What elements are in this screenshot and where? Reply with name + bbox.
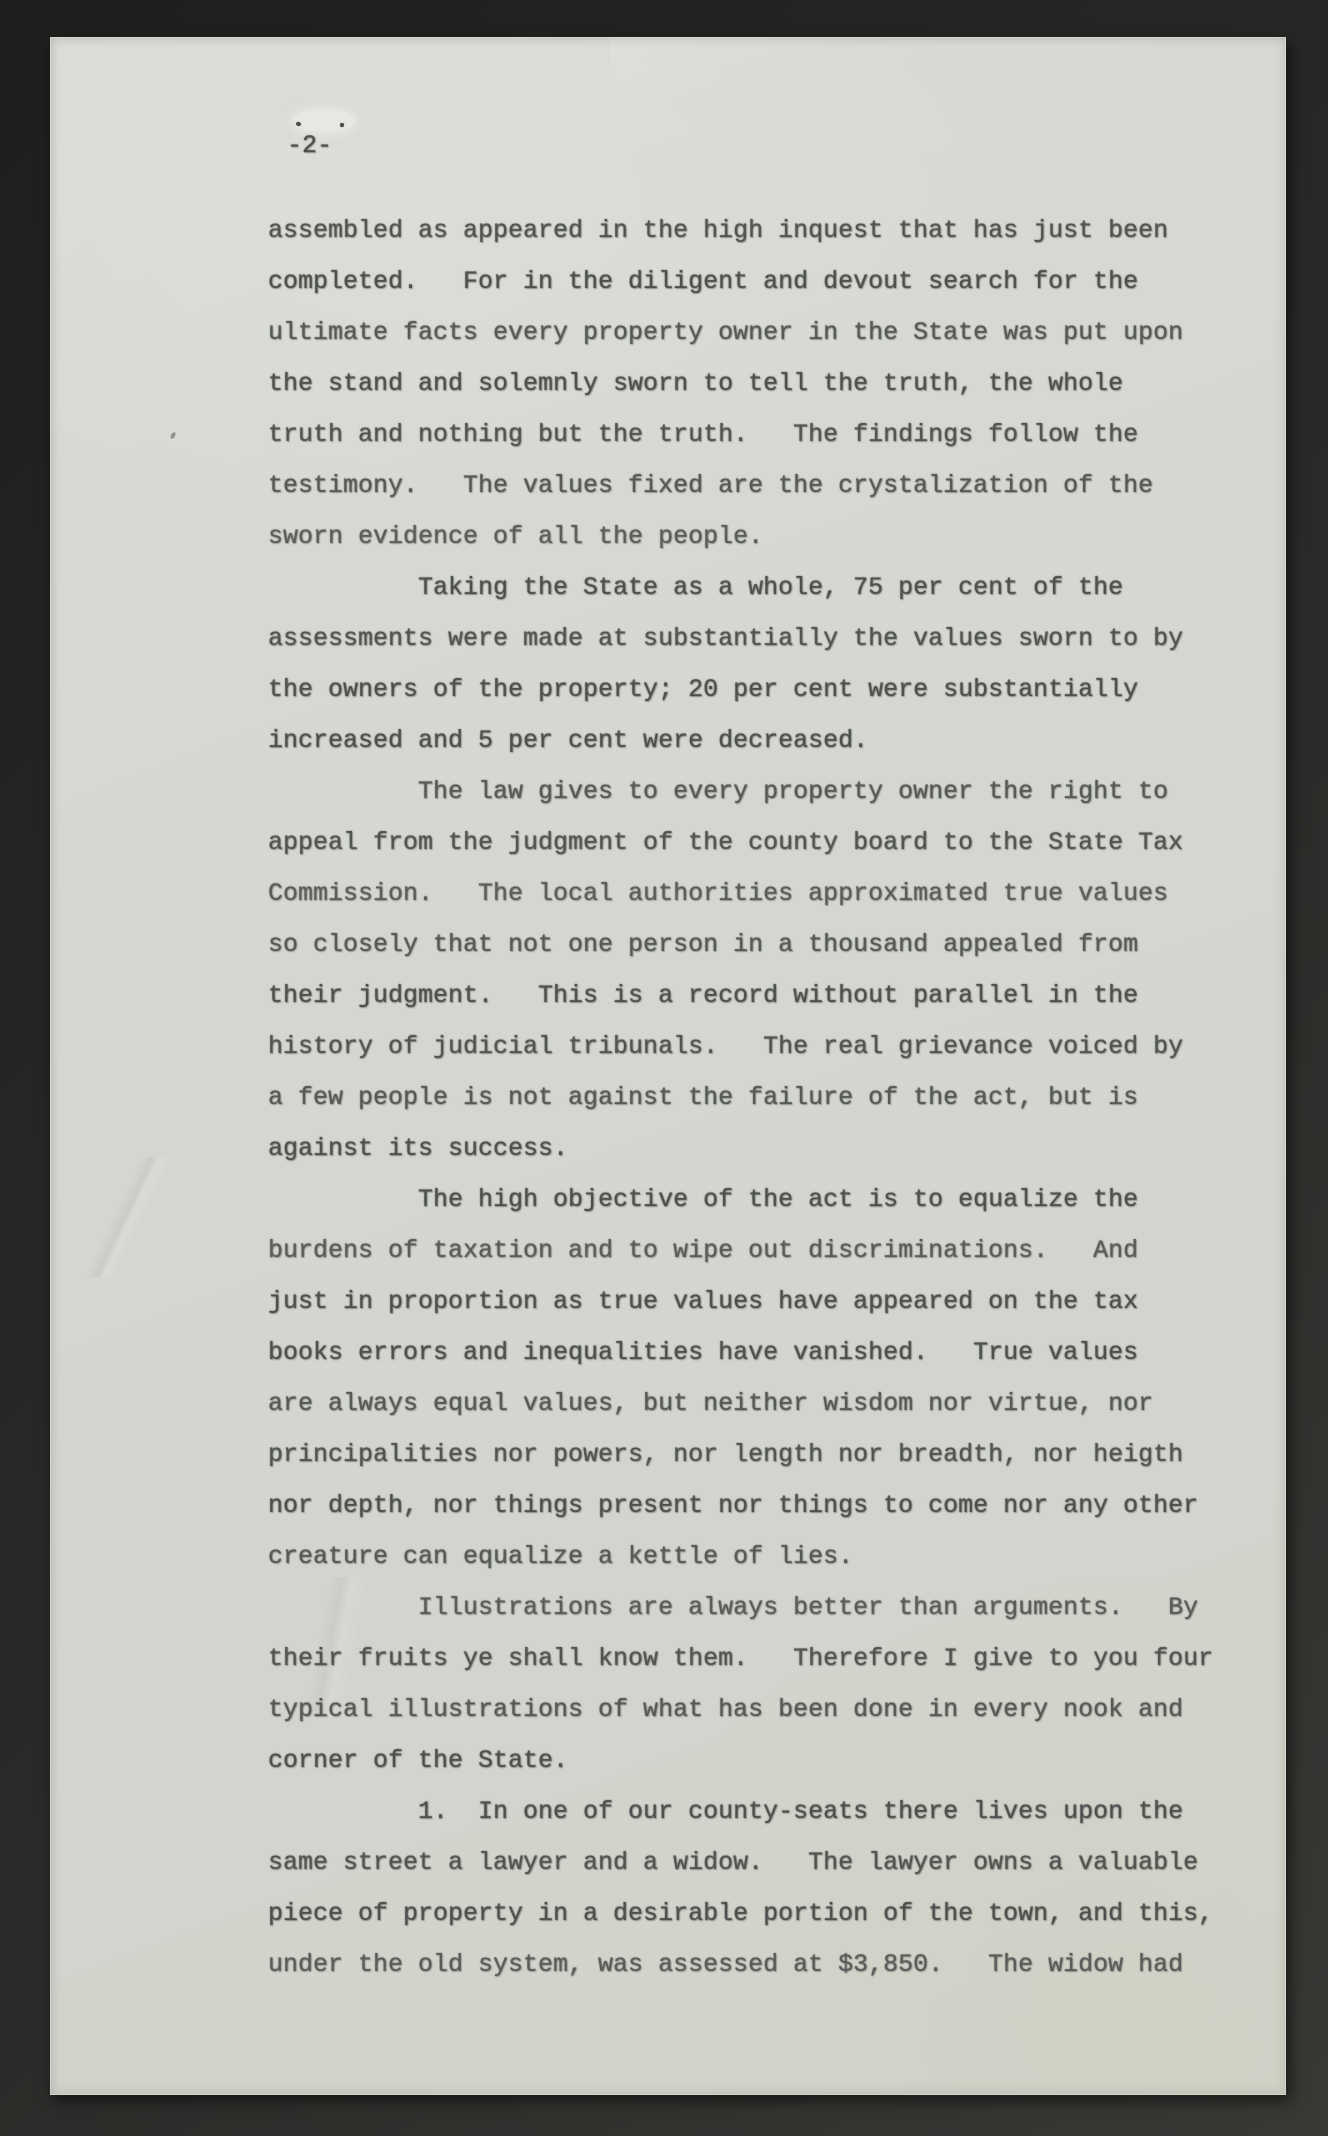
typed-line: truth and nothing but the truth. The fin… xyxy=(268,409,1248,460)
typed-line: The high objective of the act is to equa… xyxy=(268,1174,1248,1225)
typed-line: the owners of the property; 20 per cent … xyxy=(268,664,1248,715)
typed-line: books errors and inequalities have vanis… xyxy=(268,1327,1248,1378)
typed-line: principalities nor powers, nor length no… xyxy=(268,1429,1248,1480)
scan-background: -2- assembled as appeared in the high in… xyxy=(0,0,1328,2136)
typed-line: against its success. xyxy=(268,1123,1248,1174)
typed-line: their fruits ye shall know them. Therefo… xyxy=(268,1633,1248,1684)
typed-line: history of judicial tribunals. The real … xyxy=(268,1021,1248,1072)
typed-line: just in proportion as true values have a… xyxy=(268,1276,1248,1327)
typed-line: nor depth, nor things present nor things… xyxy=(268,1480,1248,1531)
typed-line: appeal from the judgment of the county b… xyxy=(268,817,1248,868)
typed-line: The law gives to every property owner th… xyxy=(268,766,1248,817)
typed-line: Commission. The local authorities approx… xyxy=(268,868,1248,919)
paper-crease-top xyxy=(610,37,870,167)
typed-line: 1. In one of our county-seats there live… xyxy=(268,1786,1248,1837)
typed-line: same street a lawyer and a widow. The la… xyxy=(268,1837,1248,1888)
typed-line: the stand and solemnly sworn to tell the… xyxy=(268,358,1248,409)
paper-crease-left xyxy=(50,1157,200,1277)
typed-line: Illustrations are always better than arg… xyxy=(268,1582,1248,1633)
typed-line: piece of property in a desirable portion… xyxy=(268,1888,1248,1939)
typed-line: testimony. The values fixed are the crys… xyxy=(268,460,1248,511)
typed-line: sworn evidence of all the people. xyxy=(268,511,1248,562)
typed-line: burdens of taxation and to wipe out disc… xyxy=(268,1225,1248,1276)
typed-line: assessments were made at substantially t… xyxy=(268,613,1248,664)
typed-line: a few people is not against the failure … xyxy=(268,1072,1248,1123)
page-number: -2- xyxy=(287,132,332,160)
typed-line: increased and 5 per cent were decreased. xyxy=(268,715,1248,766)
typed-line: ultimate facts every property owner in t… xyxy=(268,307,1248,358)
typed-line: Taking the State as a whole, 75 per cent… xyxy=(268,562,1248,613)
typed-line: corner of the State. xyxy=(268,1735,1248,1786)
typed-line: typical illustrations of what has been d… xyxy=(268,1684,1248,1735)
pinhole-dot-right xyxy=(340,123,344,127)
typed-line: so closely that not one person in a thou… xyxy=(268,919,1248,970)
typed-line: under the old system, was assessed at $3… xyxy=(268,1939,1248,1990)
typed-line: are always equal values, but neither wis… xyxy=(268,1378,1248,1429)
erasure-mark xyxy=(293,110,355,132)
typed-text-block: assembled as appeared in the high inques… xyxy=(268,205,1248,1990)
ink-speck xyxy=(170,431,177,439)
paper-sheet: -2- assembled as appeared in the high in… xyxy=(50,37,1286,2095)
typed-line: completed. For in the diligent and devou… xyxy=(268,256,1248,307)
typed-line: creature can equalize a kettle of lies. xyxy=(268,1531,1248,1582)
typed-line: their judgment. This is a record without… xyxy=(268,970,1248,1021)
typed-line: assembled as appeared in the high inques… xyxy=(268,205,1248,256)
